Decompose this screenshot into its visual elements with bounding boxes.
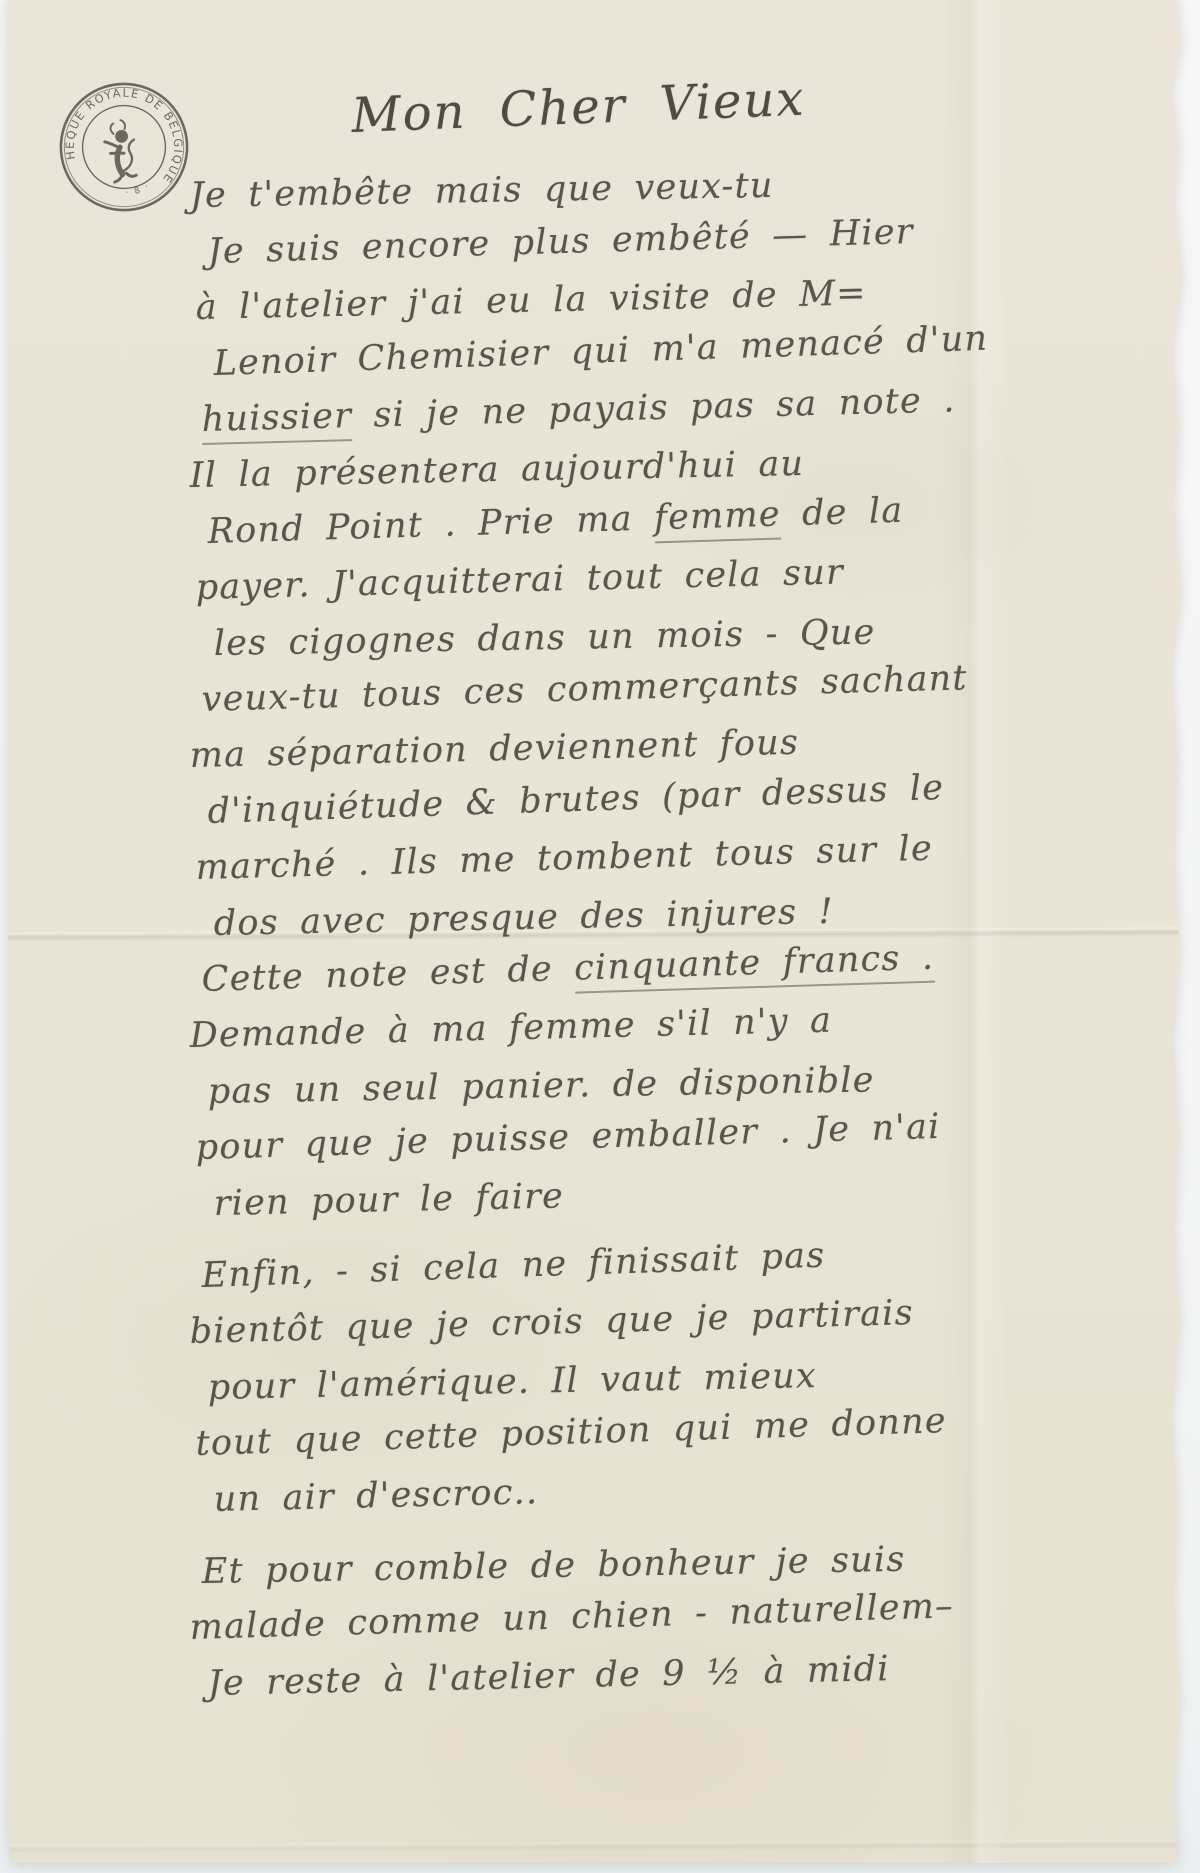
letter-text: Je reste à l'atelier de 9 ½ à midi [207, 1649, 890, 1704]
svg-text:BIBLIOTHEQUE ROYALE DE BELGIQU: BIBLIOTHEQUE ROYALE DE BELGIQUE [55, 78, 193, 216]
letter-text: payer. J'acquitterai tout cela sur [195, 552, 844, 608]
stamp-bottom-text: · 8 · [123, 180, 153, 200]
letter-text: marché . Ils me tombent tous sur le [195, 829, 933, 888]
letter-text: Demande à ma femme s'il n'y a [189, 1001, 832, 1056]
library-stamp: BIBLIOTHEQUE ROYALE DE BELGIQUE · 8 · [55, 78, 193, 216]
underlined-text: huissier [201, 396, 353, 445]
letter-text: si je ne payais pas sa note . [352, 380, 956, 436]
letter-text: de la [780, 491, 904, 535]
underlined-text: cinquante francs . [574, 938, 935, 994]
salutation: Mon Cher Vieux [350, 57, 1148, 144]
letter-body: Je t'embête mais que veux-tuJe suis enco… [190, 168, 1148, 1712]
letter-paper-wrapper: BIBLIOTHEQUE ROYALE DE BELGIQUE · 8 · [8, 0, 1188, 1863]
letter-text: rien pour le faire [213, 1176, 564, 1224]
letter-text: Rond Point . Prie ma [207, 498, 655, 552]
letter-text: bientôt que je crois que je partirais [189, 1293, 914, 1352]
fold-crease [8, 1839, 1188, 1853]
letter-text: Cette note est de [201, 949, 575, 1000]
underlined-text: femme [653, 495, 781, 544]
lion-icon [97, 118, 145, 182]
letter-text: Je suis encore plus embêté — Hier [207, 212, 914, 272]
letter-text: Je t'embête mais que veux-tu [189, 166, 773, 216]
letter-text: un air d'escroc.. [213, 1472, 538, 1520]
letter-content: Mon Cher Vieux Je t'embête mais que veux… [190, 88, 1148, 1712]
stamp-ring-text: BIBLIOTHEQUE ROYALE DE BELGIQUE [55, 78, 193, 216]
letter-text: Enfin, - si cela ne finissait pas [201, 1236, 826, 1296]
letter-paper: BIBLIOTHEQUE ROYALE DE BELGIQUE · 8 · [8, 0, 1188, 1863]
svg-text:· 8 ·: · 8 · [123, 180, 153, 200]
scan-of-letter: { "document_type": "handwritten letter (… [0, 0, 1200, 1873]
letter-text: pour que je puisse emballer . Je n'ai [195, 1107, 941, 1168]
